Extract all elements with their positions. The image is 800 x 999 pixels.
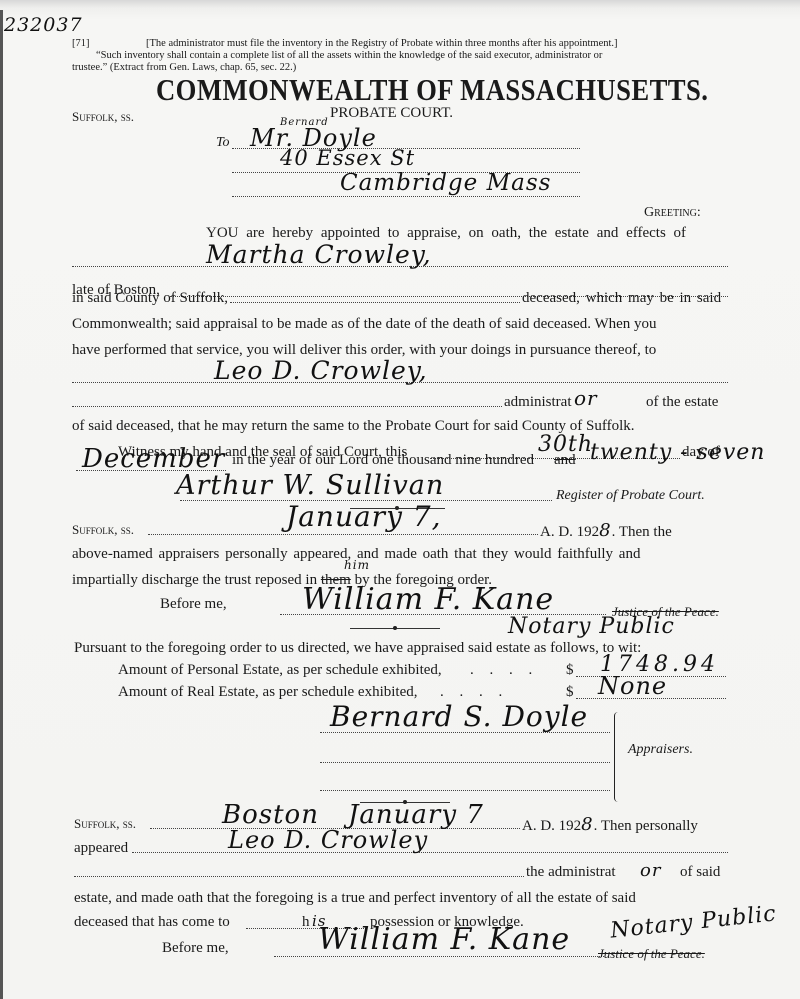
addressee-address[interactable]: 40 Essex St [280,146,415,170]
year-text: in the year of our Lord one thousand nin… [232,452,534,469]
deceased-name[interactable]: Martha Crowley, [206,240,432,269]
addressee-name-insert: Bernard [280,117,329,128]
admin-oath-line-estate: estate, and made oath that the foregoing… [74,890,636,907]
of-the-estate: of the estate [646,394,718,411]
document-title: COMMONWEALTH OF MASSACHUSETTS. [156,72,708,108]
header-note-1: [The administrator must file the invento… [146,38,618,50]
header-note-2: “Such inventory shall contain a complete… [96,50,602,62]
county-label: Suffolk, ss. [72,109,134,125]
greeting: Greeting: [644,205,701,221]
admin-oath-signature[interactable]: William F. Kane [318,922,570,957]
oath-signature[interactable]: William F. Kane [302,582,554,617]
real-estate-label: Amount of Real Estate, as per schedule e… [118,684,418,701]
administrat-line [72,406,502,407]
oath-ad-label: A. D. 1928. Then the [540,520,672,541]
admin-oath-title-written[interactable]: Notary Public [609,901,778,943]
admin-oath-administrat-label: the administrat [526,864,616,881]
year-struck: and [554,452,576,469]
admin-oath-administrat-line [74,876,524,877]
appeared-line [132,852,728,853]
oath-date[interactable]: January 7, [286,500,442,533]
admin-oath-administrat-suffix[interactable]: or [640,860,661,881]
admin-oath-ad-label: A. D. 1928. Then personally [522,814,698,835]
real-leader-dots: . . . . [440,684,508,701]
appraiser-1-signature[interactable]: Bernard S. Doyle [330,700,588,733]
real-currency: $ [566,684,574,701]
admin-oath-line-deceased-a: deceased that has come to [74,914,230,931]
appraisers-brace [614,712,623,802]
register-label: Register of Probate Court. [556,488,705,504]
admin-oath-title-struck: Justice of the Peace. [598,946,705,962]
admin-oath-ad-year-digit[interactable]: 8 [581,814,593,835]
oath-before-me: Before me, [160,596,227,613]
oath-line-3-insert: him [344,558,370,572]
appraisal-intro: Pursuant to the foregoing order to us di… [74,640,641,657]
line-commonwealth: Commonwealth; said appraisal to be made … [72,316,657,333]
admin-oath-ad-prefix: A. D. 192 [522,818,581,834]
to-line-3 [232,196,580,197]
admin-oath-before-me: Before me, [162,940,229,957]
oath-title-written[interactable]: Notary Public [508,614,675,639]
county-line: in said County of Suffolk, [72,290,228,307]
appraisers-label: Appraisers. [628,742,693,758]
county-dotted-line [230,302,520,303]
register-signature[interactable]: Arthur W. Sullivan [176,470,444,501]
appraiser-3-line [320,790,610,791]
oath-date-line [148,534,538,535]
page-edge [0,10,3,999]
file-number: 232037 [4,14,83,36]
court-name: PROBATE COURT. [330,105,453,122]
probate-form-page: 232037 [71] [The administrator must file… [0,0,800,999]
administrator-name[interactable]: Leo D. Crowley, [214,356,428,385]
administrat-suffix[interactable]: or [574,386,598,410]
admin-oath-of-said: of said [680,864,720,881]
personal-leader-dots: . . . . [470,662,538,679]
form-number: [71] [72,38,90,50]
year-written[interactable]: twenty - seven [590,440,765,465]
administrat-label: administrat [504,394,572,411]
admin-oath-then-text: . Then personally [594,818,698,834]
oath-then-text: . Then the [612,524,672,540]
addressee-city[interactable]: Cambridge Mass [340,170,551,196]
real-estate-value[interactable]: None [598,672,667,700]
appeared-name[interactable]: Leo D. Crowley [228,826,428,854]
to-label: To [216,135,230,151]
appeared-label: appeared [74,840,128,857]
personal-estate-label: Amount of Personal Estate, as per schedu… [118,662,442,679]
oath-county-label: Suffolk, ss. [72,522,134,538]
deceased-suffix: deceased, which may be in said [522,290,721,307]
personal-currency: $ [566,662,574,679]
oath-line-3-a: impartially discharge the trust reposed … [72,572,317,588]
section-divider-2-dot [393,626,397,630]
pronoun-h: h [302,914,310,931]
appraiser-2-line [320,762,610,763]
admin-oath-county-label: Suffolk, ss. [74,816,136,832]
county-line-label: in said County of Suffolk, [72,290,228,306]
oath-ad-year-digit[interactable]: 8 [599,520,611,541]
oath-ad-prefix: A. D. 192 [540,524,599,540]
